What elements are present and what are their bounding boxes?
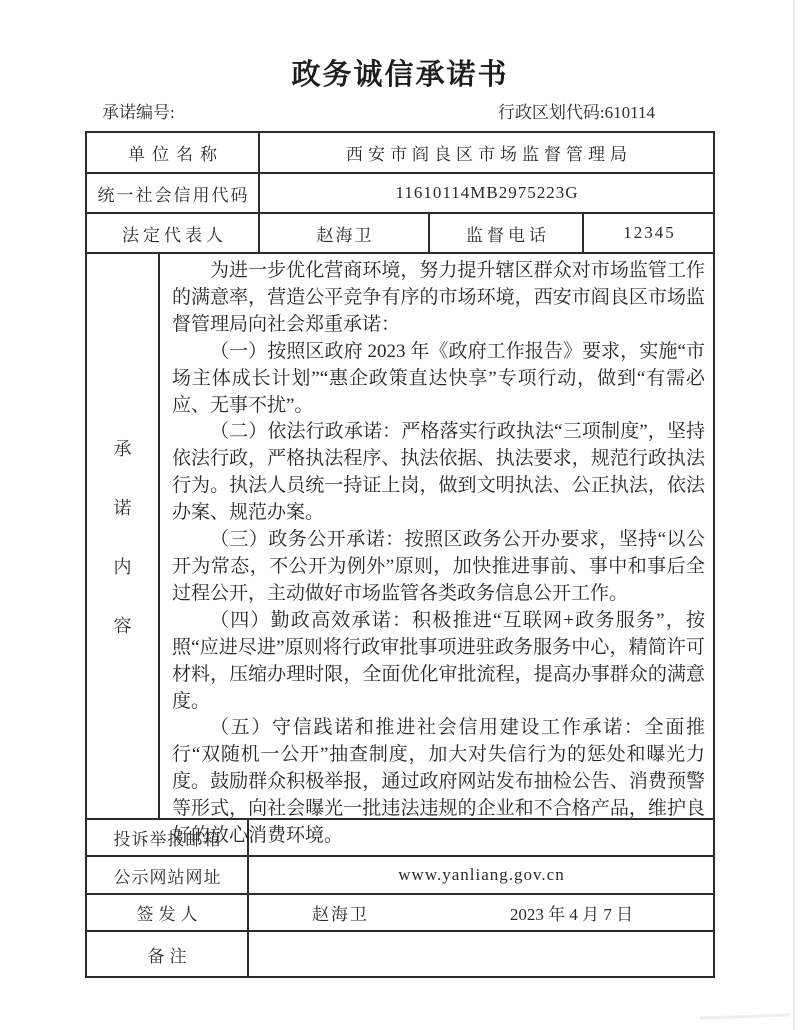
content-label-char: 承 [114, 435, 132, 461]
content-label-char: 内 [114, 553, 132, 579]
supervise-phone-label: 监督电话 [430, 214, 584, 252]
commitment-content-body: 为进一步优化营商环境，努力提升辖区群众对市场监管工作的满意率，营造公平竞争有序的… [160, 254, 713, 818]
commitment-content-label: 承 诺 内 容 [87, 254, 160, 818]
credit-code-label: 统一社会信用代码 [87, 174, 260, 212]
row-complaint-email: 投诉举报邮箱 [87, 820, 713, 857]
website-value: www.yanliang.gov.cn [249, 857, 713, 893]
scan-artifact-bottom-smudge [700, 1013, 790, 1019]
scan-artifact-right-edge [793, 0, 795, 1030]
issuer-value-cell: 赵海卫 2023 年 4 月 7 日 [249, 895, 713, 930]
issue-date: 2023 年 4 月 7 日 [430, 900, 713, 925]
credit-code-value: 11610114MB2975223G [260, 174, 713, 212]
content-paragraph-4: （四）勤政高效承诺：积极推进“互联网+政务服务”，按照“应进尽进”原则将行政审批… [172, 608, 705, 716]
remarks-value [249, 932, 713, 976]
website-label: 公示网站网址 [87, 857, 249, 893]
document-title: 政务诚信承诺书 [0, 52, 800, 93]
remarks-label: 备注 [87, 932, 249, 976]
row-website: 公示网站网址 www.yanliang.gov.cn [87, 857, 713, 895]
unit-name-value: 西安市阎良区市场监督管理局 [260, 133, 713, 172]
row-commitment-content: 承 诺 内 容 为进一步优化营商环境，努力提升辖区群众对市场监管工作的满意率，营… [87, 254, 713, 820]
district-code-value: 行政区划代码:610114 [498, 98, 655, 123]
supervise-phone-value: 12345 [584, 214, 713, 252]
content-paragraph-3: （三）政务公开承诺：按照区政务公开办要求，坚持“以公开为常态，不公开为例外”原则… [172, 527, 705, 608]
row-issuer: 签发人 赵海卫 2023 年 4 月 7 日 [87, 895, 713, 932]
unit-name-label: 单位名称 [87, 133, 260, 172]
row-remarks: 备注 [87, 932, 713, 976]
legal-rep-label: 法定代表人 [87, 214, 260, 252]
legal-rep-value: 赵海卫 [260, 214, 430, 252]
row-credit-code: 统一社会信用代码 11610114MB2975223G [87, 174, 713, 214]
meta-row: 承诺编号: 行政区划代码:610114 [102, 98, 655, 123]
commitment-table: 单位名称 西安市阎良区市场监督管理局 统一社会信用代码 11610114MB29… [85, 131, 715, 978]
row-unit-name: 单位名称 西安市阎良区市场监督管理局 [87, 133, 713, 174]
commitment-number-label: 承诺编号: [102, 98, 175, 123]
content-paragraph-1: （一）按照区政府 2023 年《政府工作报告》要求，实施“市场主体成长计划”“惠… [172, 339, 705, 420]
complaint-email-value [249, 820, 713, 855]
scanned-document-page: { "doc": { "title": "政务诚信承诺书", "meta": {… [0, 0, 800, 1030]
issuer-name: 赵海卫 [249, 900, 430, 925]
row-legal-rep: 法定代表人 赵海卫 监督电话 12345 [87, 214, 713, 254]
issuer-label: 签发人 [87, 895, 249, 930]
content-label-char: 诺 [114, 494, 132, 520]
content-label-char: 容 [114, 612, 132, 638]
complaint-email-label: 投诉举报邮箱 [87, 820, 249, 855]
content-paragraph-intro: 为进一步优化营商环境，努力提升辖区群众对市场监管工作的满意率，营造公平竞争有序的… [172, 258, 705, 339]
content-paragraph-2: （二）依法行政承诺：严格落实行政执法“三项制度”，坚持依法行政，严格执法程序、执… [172, 419, 705, 527]
